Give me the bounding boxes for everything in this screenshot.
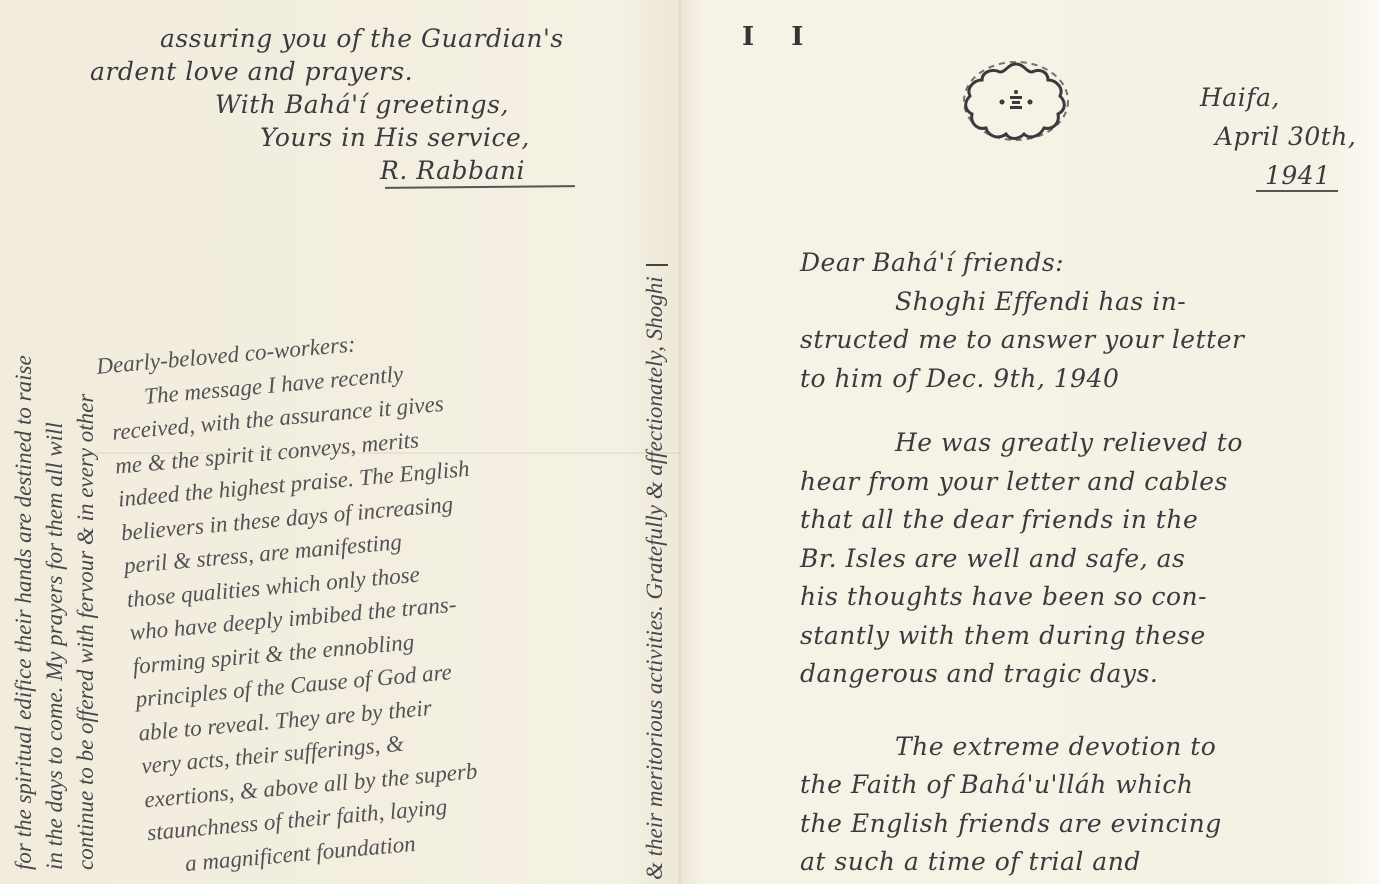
- closing-line: ardent love and prayers.: [90, 55, 650, 88]
- letter-closing: assuring you of the Guardian's ardent lo…: [90, 22, 650, 187]
- closing-line: With Bahá'í greetings,: [90, 88, 650, 121]
- letter-scan: for the spiritual edifice their hands ar…: [0, 0, 1380, 884]
- paragraph-gap: [800, 398, 1360, 424]
- paragraph-gap: [800, 694, 1360, 728]
- letter-salutation: Dear Bahá'í friends:: [800, 244, 1360, 283]
- right-margin-vertical-note: & their meritorious activities. Grateful…: [640, 0, 670, 880]
- body-line: that all the dear friends in the: [800, 501, 1360, 540]
- body-line: his thoughts have been so con-: [800, 578, 1360, 617]
- page-marks: I I: [742, 22, 817, 52]
- page-fold: [678, 0, 682, 884]
- margin-line: in the days to come. My prayers for them…: [39, 10, 70, 870]
- closing-line: assuring you of the Guardian's: [90, 22, 650, 55]
- left-margin-vertical-note: for the spiritual edifice their hands ar…: [8, 10, 101, 870]
- body-line: structed me to answer your letter: [800, 321, 1360, 360]
- year-underline: [1256, 190, 1338, 192]
- body-line: stantly with them during these: [800, 617, 1360, 656]
- letter-body: Dear Bahá'í friends: Shoghi Effendi has …: [800, 244, 1360, 882]
- body-line: Shoghi Effendi has in-: [800, 283, 1360, 322]
- body-line: the English friends are evincing: [800, 805, 1360, 844]
- body-line: dangerous and tragic days.: [800, 655, 1360, 694]
- signature-secretary: R. Rabbani: [90, 154, 650, 187]
- margin-line: & their meritorious activities. Grateful…: [642, 276, 667, 880]
- body-line: Br. Isles are well and safe, as: [800, 540, 1360, 579]
- body-line: the Faith of Bahá'u'lláh which: [800, 766, 1360, 805]
- guardian-postscript: Dearly-beloved co-workers: The message I…: [95, 303, 680, 884]
- closing-line: Yours in His service,: [90, 121, 650, 154]
- body-line: The extreme devotion to: [800, 728, 1360, 767]
- signature-underline: [385, 185, 575, 189]
- margin-line: for the spiritual edifice their hands ar…: [8, 10, 39, 870]
- dateline-place: Haifa,: [1160, 78, 1356, 117]
- dateline-date: April 30th,: [1160, 117, 1356, 156]
- signature-rule: [646, 264, 668, 266]
- body-line: to him of Dec. 9th, 1940: [800, 360, 1360, 399]
- body-line: at such a time of trial and: [800, 843, 1360, 882]
- dateline: Haifa, April 30th, 1941: [1160, 78, 1356, 195]
- body-line: hear from your letter and cables: [800, 463, 1360, 502]
- ringstone-emblem-icon: [960, 58, 1072, 144]
- body-line: He was greatly relieved to: [800, 424, 1360, 463]
